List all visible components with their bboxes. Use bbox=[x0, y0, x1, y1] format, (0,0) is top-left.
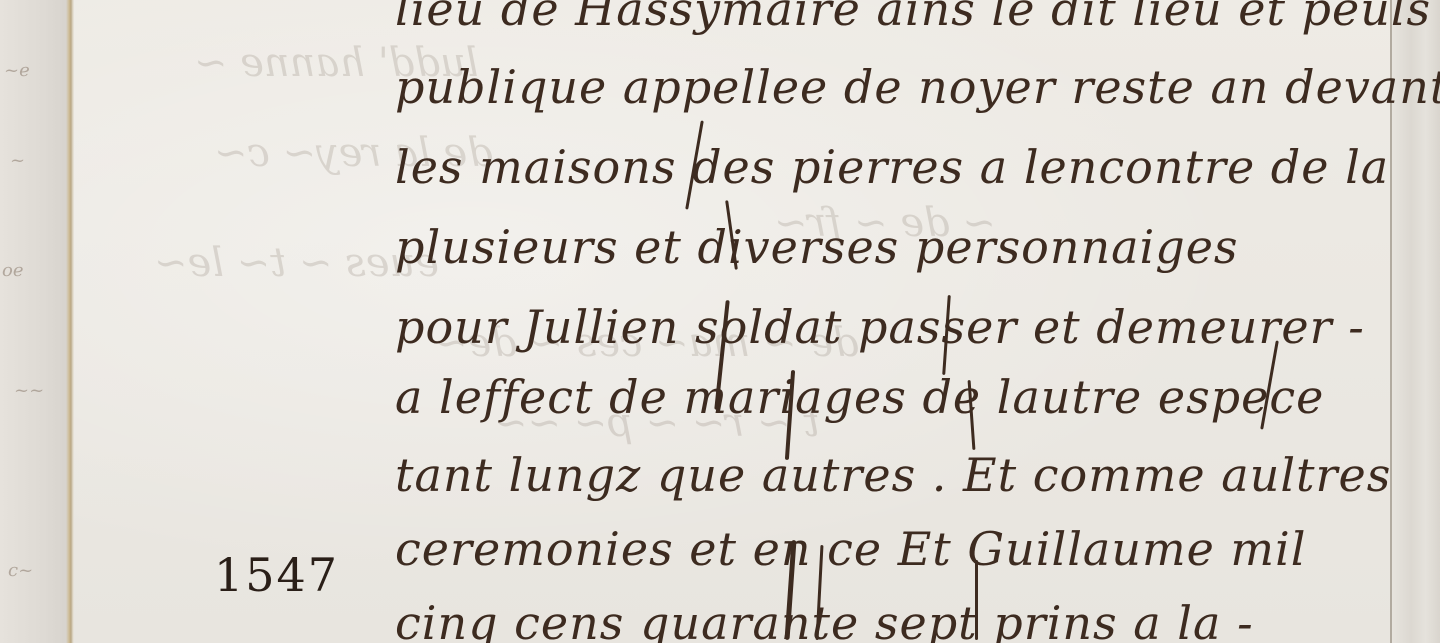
manuscript-line: tant lungz que autres . Et comme aultres bbox=[395, 448, 1391, 502]
facing-page-ghost-text: ~e bbox=[4, 60, 30, 81]
manuscript-line: les maisons des pierres a lencontre de l… bbox=[395, 140, 1389, 194]
facing-page-ghost-text: ~ bbox=[10, 150, 25, 171]
margin-date: 1547 bbox=[214, 548, 339, 602]
manuscript-line: lieu de Hassymaire ains le dit lieu et p… bbox=[395, 0, 1431, 36]
manuscript-line: ceremonies et en ce Et Guillaume mil bbox=[395, 522, 1306, 576]
manuscript-photo: ~e ~ oe ~~ c~ ludd' hanne ~ de la rey~ c… bbox=[0, 0, 1440, 643]
manuscript-line: publique appellee de noyer reste an deva… bbox=[395, 60, 1440, 114]
facing-page-ghost-text: c~ bbox=[8, 560, 33, 581]
manuscript-line: a leffect de mariages de lautre espece bbox=[395, 370, 1324, 424]
manuscript-line: plusieurs et diverses personnaiges bbox=[395, 220, 1239, 274]
facing-page-ghost-text: oe bbox=[2, 260, 24, 281]
descender-stroke bbox=[975, 560, 978, 640]
facing-page-ghost-text: ~~ bbox=[14, 380, 44, 401]
manuscript-line: pour Jullien soldat passer et demeurer - bbox=[395, 300, 1365, 354]
gutter-stain bbox=[66, 0, 74, 643]
manuscript-line: cinq cens quarante sept prins a la - bbox=[395, 596, 1254, 643]
facing-page-edge: ~e ~ oe ~~ c~ bbox=[0, 0, 72, 643]
